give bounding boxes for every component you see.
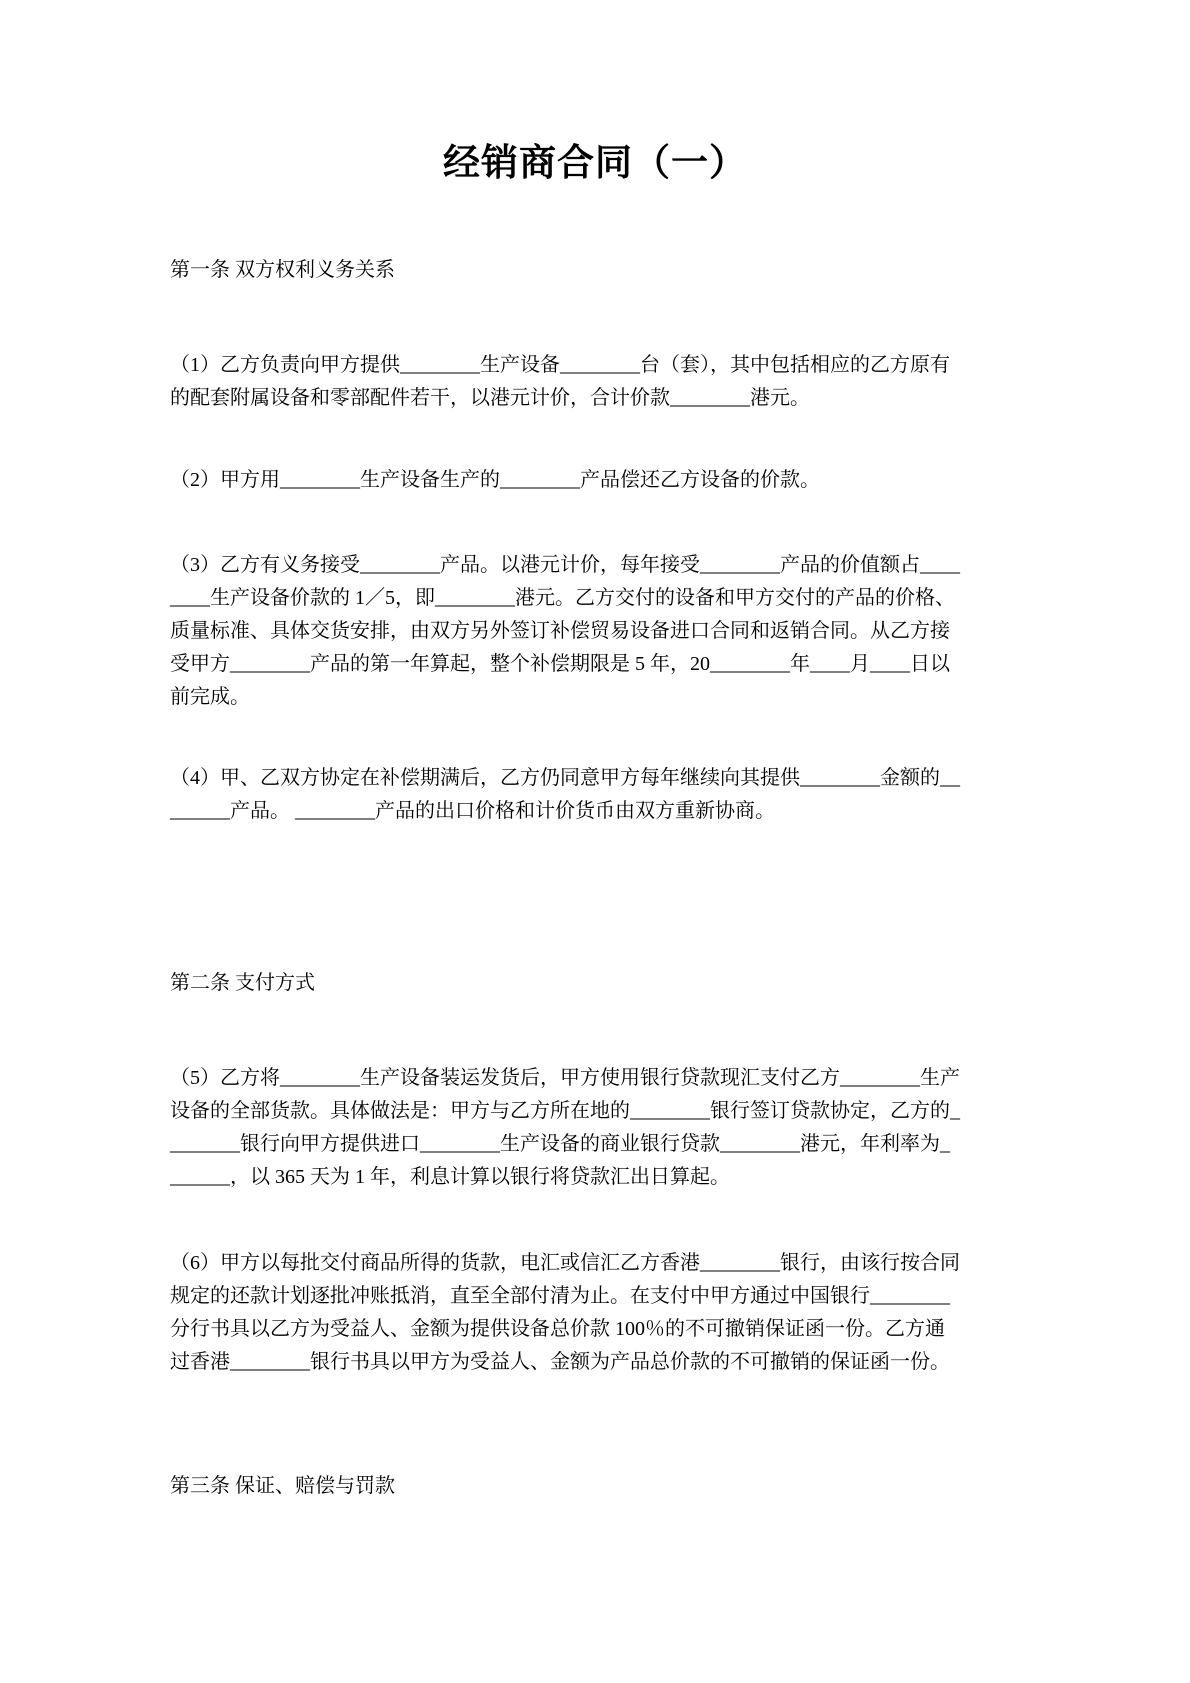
document-title: 经销商合同（一） [170, 140, 1020, 188]
section-heading-article-2: 第二条 支付方式 [170, 967, 1160, 1000]
clause-4-paragraph: （4）甲、乙双方协定在补偿期满后，乙方仍同意甲方每年继续向其提供________… [170, 762, 1070, 828]
section-heading-article-3: 第三条 保证、赔偿与罚款 [170, 1470, 1160, 1503]
clause-2-paragraph: （2）甲方用________生产设备生产的________产品偿还乙方设备的价款… [170, 464, 1070, 497]
clause-6-paragraph: （6）甲方以每批交付商品所得的货款，电汇或信汇乙方香港________银行，由该… [170, 1247, 1070, 1379]
section-heading-article-1: 第一条 双方权利义务关系 [170, 254, 1160, 287]
clause-1-paragraph: （1）乙方负责向甲方提供________生产设备________台（套），其中包… [170, 349, 1070, 415]
document-page: 经销商合同（一） 第一条 双方权利义务关系 （1）乙方负责向甲方提供______… [0, 0, 1190, 1683]
clause-5-paragraph: （5）乙方将________生产设备装运发货后，甲方使用银行贷款现汇支付乙方__… [170, 1062, 1070, 1194]
clause-3-paragraph: （3）乙方有义务接受________产品。以港元计价，每年接受________产… [170, 549, 1070, 714]
